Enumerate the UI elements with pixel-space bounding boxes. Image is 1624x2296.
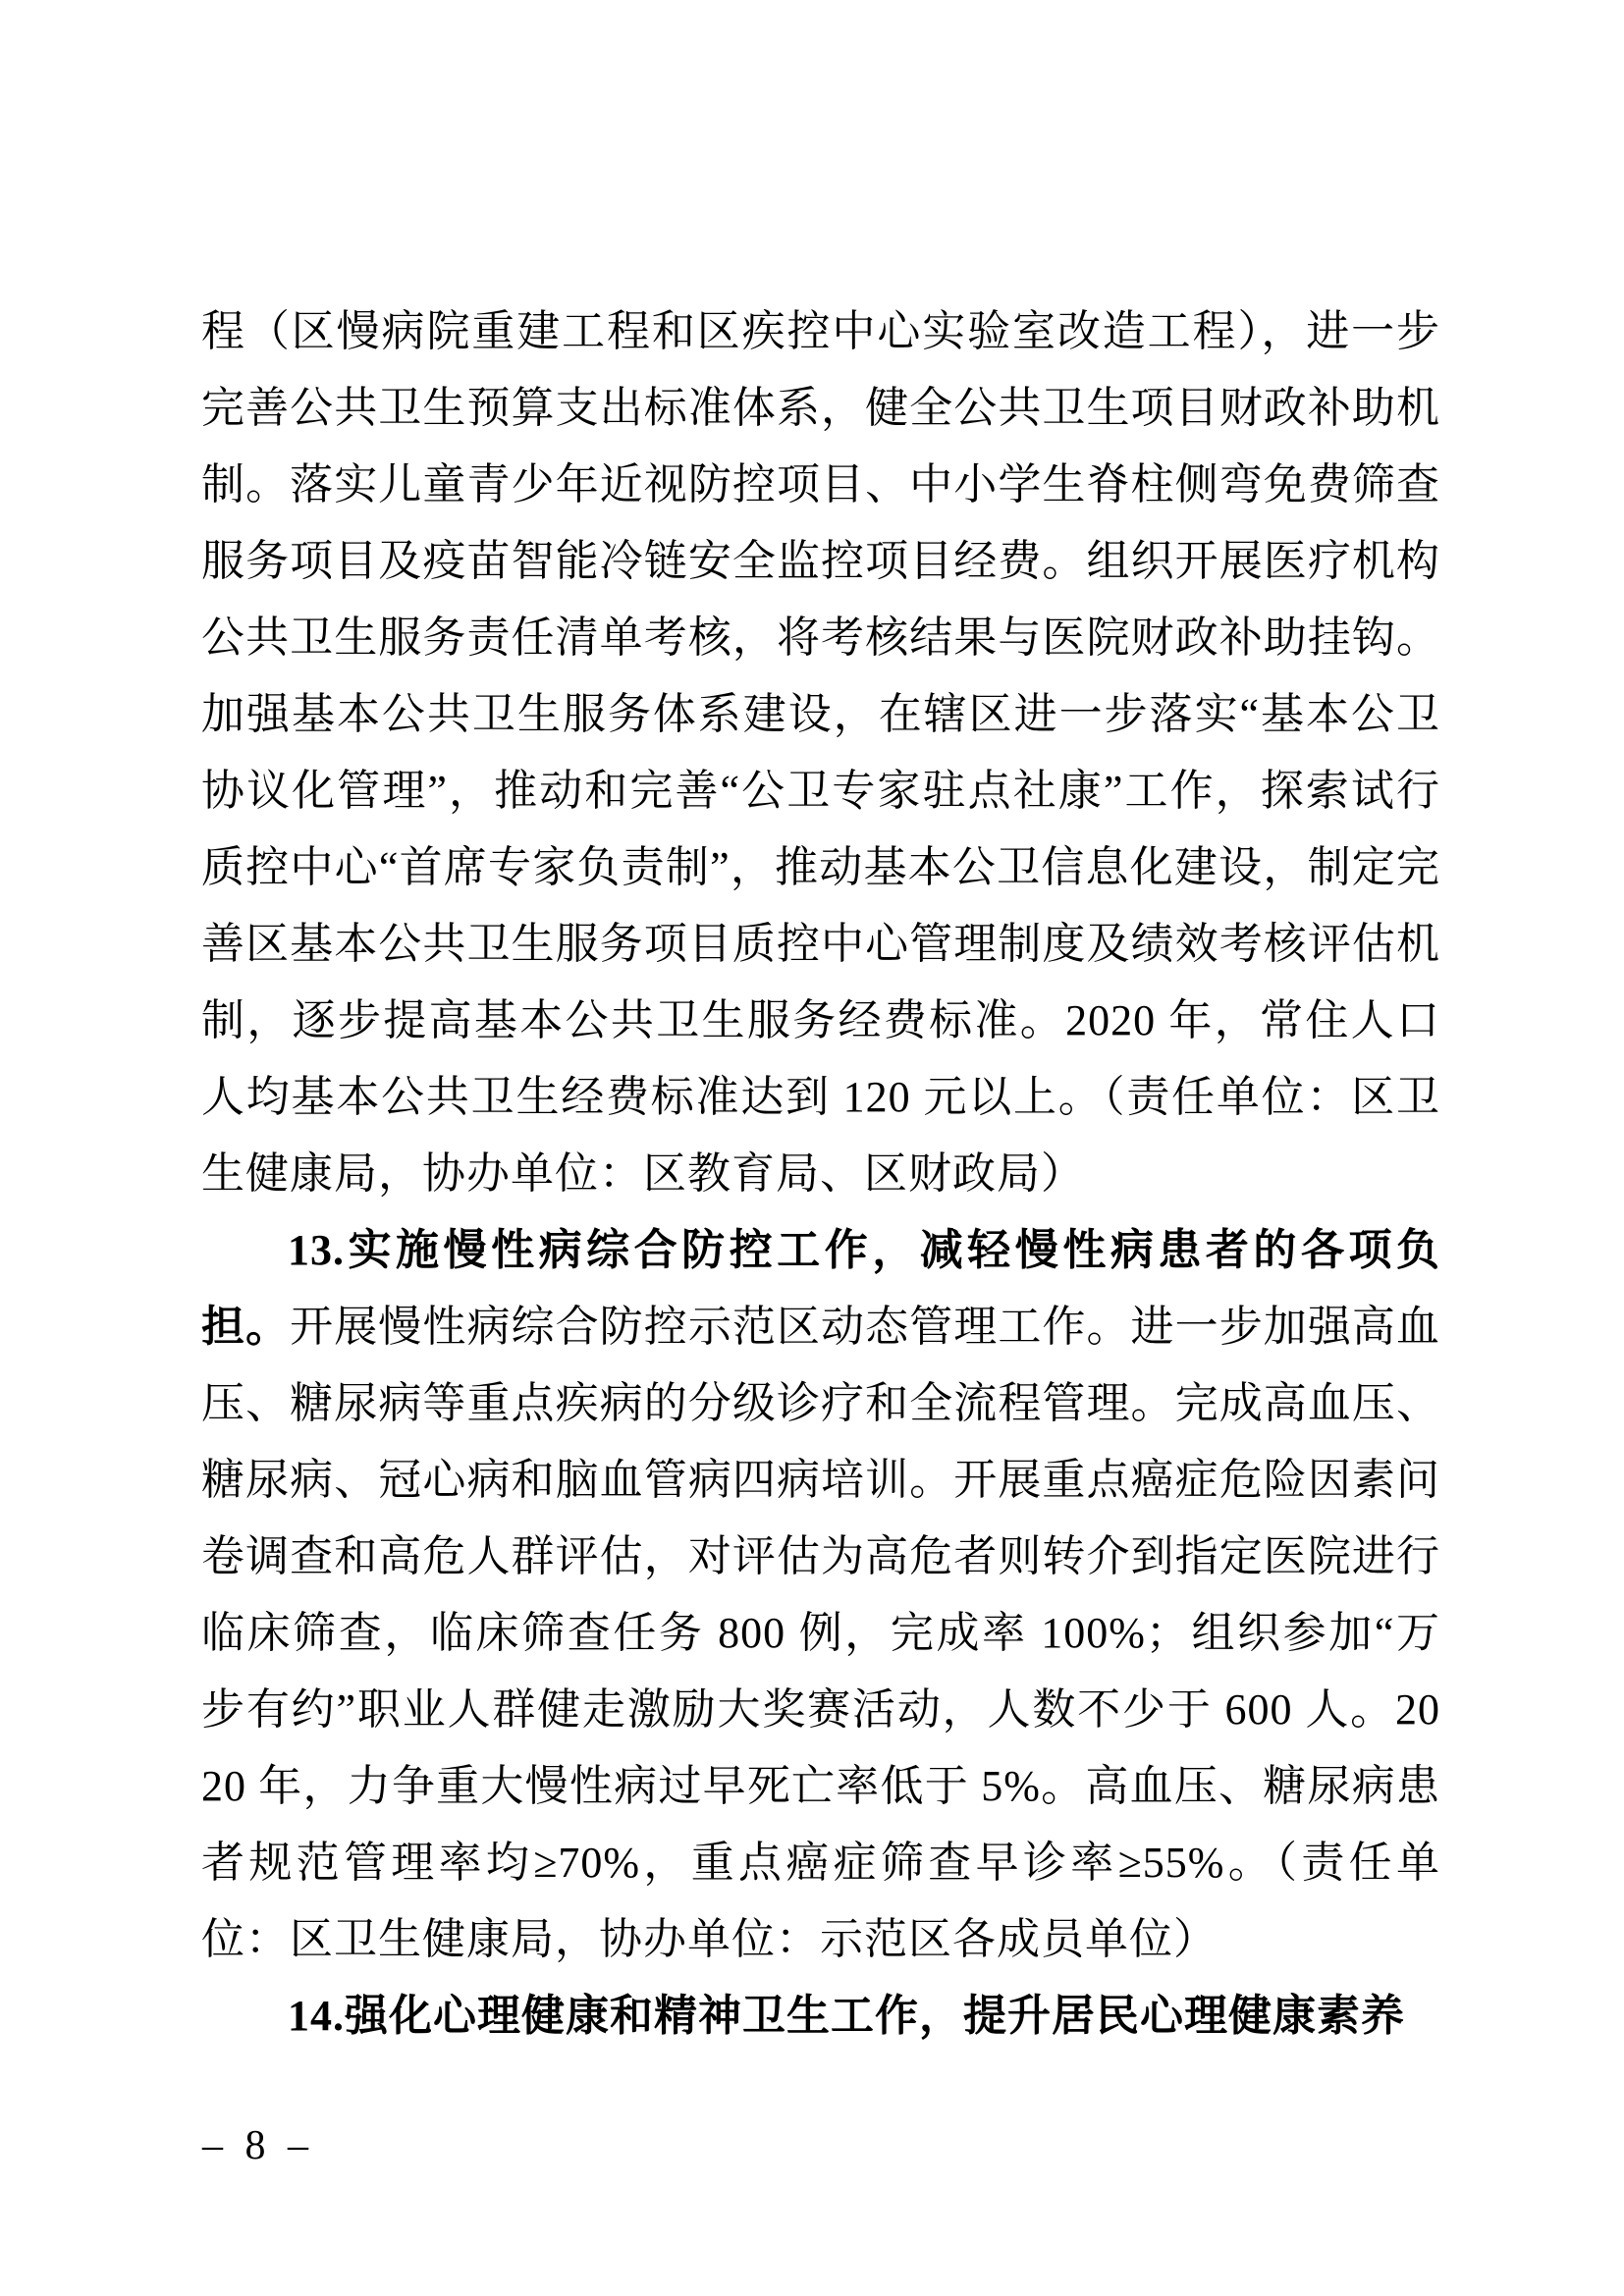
paragraph-continuation-text: 程（区慢病院重建工程和区疾控中心实验室改造工程），进一步完善公共卫生预算支出标准… <box>201 307 1440 1198</box>
paragraph-item-13: 13.实施慢性病综合防控工作，减轻慢性病患者的各项负担。开展慢性病综合防控示范区… <box>201 1212 1440 1978</box>
document-body: 程（区慢病院重建工程和区疾控中心实验室改造工程），进一步完善公共卫生预算支出标准… <box>201 294 1440 2055</box>
item-13-body-text: 开展慢性病综合防控示范区动态管理工作。进一步加强高血压、糖尿病等重点疾病的分级诊… <box>201 1303 1440 1963</box>
paragraph-continuation: 程（区慢病院重建工程和区疾控中心实验室改造工程），进一步完善公共卫生预算支出标准… <box>201 294 1440 1212</box>
paragraph-item-14: 14.强化心理健康和精神卫生工作，提升居民心理健康素养 <box>201 1978 1440 2055</box>
page-footer: – 8 – <box>202 2116 314 2175</box>
document-page: { "content": { "para1": { "text": "程（区慢病… <box>0 0 1624 2296</box>
page-background: 程（区慢病院重建工程和区疾控中心实验室改造工程），进一步完善公共卫生预算支出标准… <box>0 0 1624 2296</box>
item-14-heading: 14.强化心理健康和精神卫生工作，提升居民心理健康素养 <box>288 1992 1405 2040</box>
page-number: – 8 – <box>202 2123 314 2168</box>
